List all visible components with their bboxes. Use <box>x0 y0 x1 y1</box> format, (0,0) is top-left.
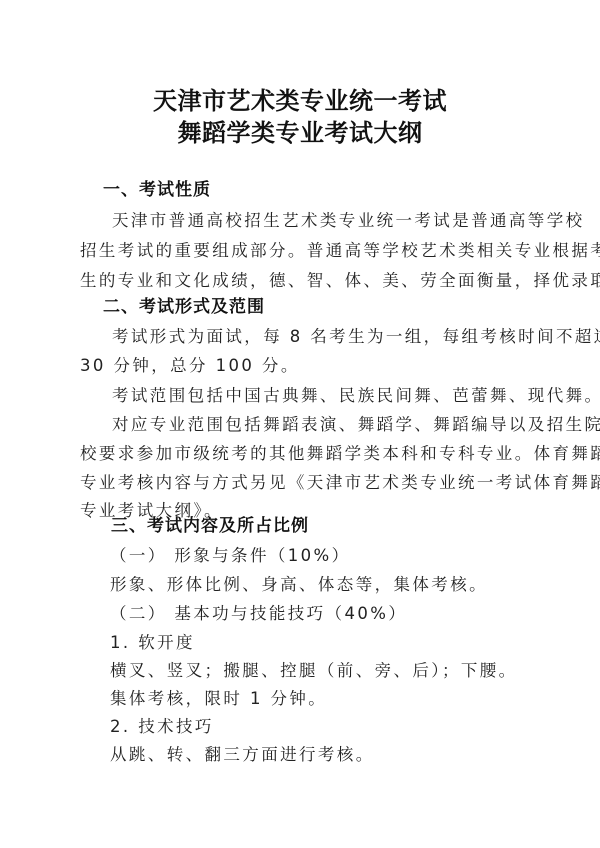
subsection-heading: （二） 基本功与技能技巧（40%） <box>110 603 407 625</box>
paragraph-line: 天津市普通高校招生艺术类专业统一考试是普通高等学校 <box>112 210 585 232</box>
item-heading: 1. 软开度 <box>110 632 195 654</box>
document-title-line-1: 天津市艺术类专业统一考试 <box>0 86 600 116</box>
paragraph-line: 横叉、竖叉；搬腿、控腿（前、旁、后）；下腰。 <box>110 660 518 682</box>
document-title-line-2: 舞蹈学类专业考试大纲 <box>0 118 600 148</box>
item-heading: 2. 技术技巧 <box>110 716 214 738</box>
paragraph-line: 集体考核，限时 1 分钟。 <box>110 688 327 710</box>
section-heading-1: 一、考试性质 <box>103 179 211 201</box>
paragraph-line: 生的专业和文化成绩，德、智、体、美、劳全面衡量，择优录取。 <box>80 270 600 292</box>
document-page: 天津市艺术类专业统一考试 舞蹈学类专业考试大纲 一、考试性质 天津市普通高校招生… <box>0 0 600 848</box>
paragraph-line: 专业考核内容与方式另见《天津市艺术类专业统一考试体育舞蹈 <box>80 472 600 494</box>
section-heading-3: 三、考试内容及所占比例 <box>111 515 309 537</box>
paragraph-line: 对应专业范围包括舞蹈表演、舞蹈学、舞蹈编导以及招生院 <box>112 414 600 436</box>
paragraph-line: 形象、形体比例、身高、体态等，集体考核。 <box>110 574 488 596</box>
section-heading-2: 二、考试形式及范围 <box>103 296 265 318</box>
paragraph-line: 考试形式为面试，每 8 名考生为一组，每组考核时间不超过 <box>112 326 600 348</box>
paragraph-line: 校要求参加市级统考的其他舞蹈学类本科和专科专业。体育舞蹈 <box>80 443 600 465</box>
paragraph-line: 30 分钟，总分 100 分。 <box>80 355 300 377</box>
paragraph-line: 招生考试的重要组成部分。普通高等学校艺术类相关专业根据考 <box>80 240 600 262</box>
paragraph-line: 考试范围包括中国古典舞、民族民间舞、芭蕾舞、现代舞。 <box>112 385 600 407</box>
subsection-heading: （一） 形象与条件（10%） <box>110 545 351 567</box>
paragraph-line: 从跳、转、翻三方面进行考核。 <box>110 744 375 766</box>
